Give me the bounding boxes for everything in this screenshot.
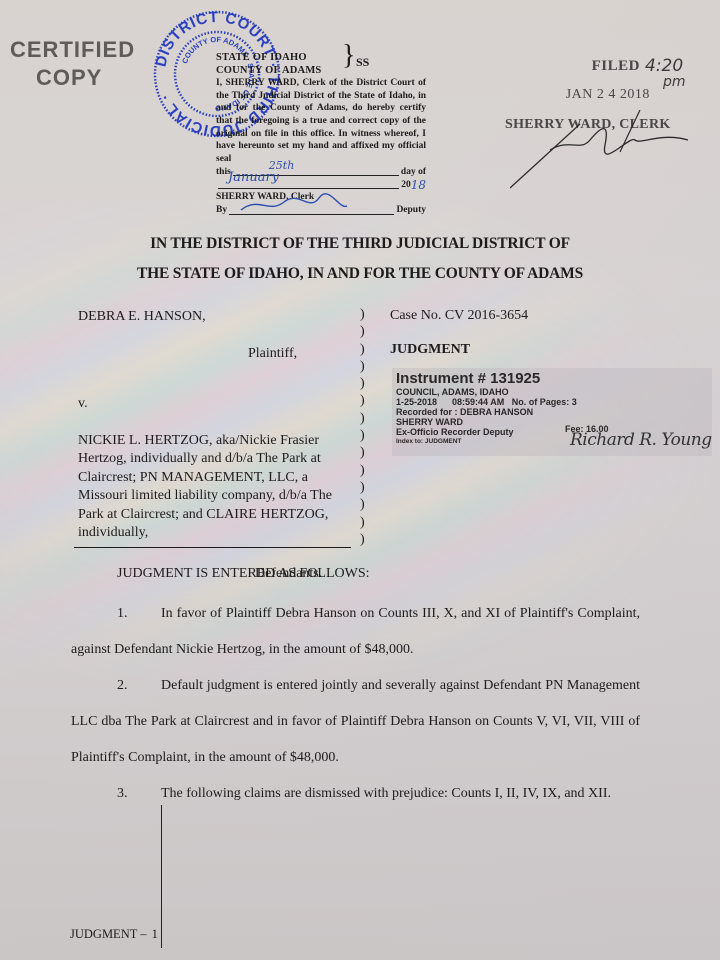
- paragraph-text: The following claims are dismissed with …: [161, 786, 611, 801]
- filed-time-ampm: pm: [663, 74, 686, 90]
- caption-paren: ): [360, 358, 365, 375]
- caption-paren: ): [360, 479, 365, 496]
- case-number: Case No. CV 2016-3654: [390, 308, 528, 324]
- case-info: Case No. CV 2016-3654 JUDGMENT: [390, 308, 528, 358]
- copy-label: COPY: [36, 64, 135, 92]
- caption-paren: ): [360, 444, 365, 461]
- caption-paren: ): [360, 531, 365, 548]
- caption-paren: ): [360, 323, 365, 340]
- recorded-for: Recorded for : DEBRA HANSON: [396, 407, 708, 417]
- day-of-label: day of: [401, 166, 426, 179]
- caption-paren: ): [360, 392, 365, 409]
- judgment-paragraph: 2.Default judgment is entered jointly an…: [71, 668, 640, 776]
- paragraph-number: 1.: [117, 596, 161, 632]
- deputy-signature-icon: [239, 192, 349, 216]
- caption-parentheses: )))))))))))))): [360, 306, 365, 548]
- certified-label: CERTIFIED: [10, 36, 135, 64]
- document-title: JUDGMENT: [390, 342, 528, 358]
- deputy-label: Deputy: [396, 204, 426, 217]
- recorder-location: COUNCIL, ADAMS, IDAHO: [396, 387, 708, 397]
- clerk-certificate: STATE OF IDAHO COUNTY OF ADAMS } SS I, S…: [216, 52, 426, 217]
- caption-paren: ): [360, 462, 365, 479]
- month-handwritten: January: [228, 172, 279, 185]
- recorder-stamp: Instrument # 131925 COUNCIL, ADAMS, IDAH…: [392, 368, 712, 456]
- year-prefix: 20: [401, 179, 411, 192]
- judgment-paragraph: 1.In favor of Plaintiff Debra Hanson on …: [71, 596, 640, 668]
- court-title-line2: THE STATE OF IDAHO, IN AND FOR THE COUNT…: [60, 265, 660, 283]
- judgment-intro: JUDGMENT IS ENTERED AS FOLLOWS:: [117, 566, 640, 582]
- court-title-line1: IN THE DISTRICT OF THE THIRD JUDICIAL DI…: [60, 235, 660, 253]
- certificate-by-row: By Deputy: [216, 204, 426, 217]
- recorder-deputy-signature: Richard R. Young: [570, 430, 712, 450]
- by-label: By: [216, 204, 227, 217]
- year-handwritten: 18: [411, 179, 426, 192]
- plaintiff-name: DEBRA E. HANSON,: [78, 308, 358, 327]
- clerk-signature-icon: [510, 110, 690, 190]
- caption-paren: ): [360, 496, 365, 513]
- certificate-month-row: January 2018: [216, 178, 426, 191]
- margin-line: [161, 805, 162, 948]
- paragraph-number: 2.: [117, 668, 161, 704]
- filed-time-value: 4:20: [645, 58, 686, 74]
- certificate-body: I, SHERRY WARD, Clerk of the District Co…: [216, 77, 426, 165]
- recorder-datetime: 1-25-2018 08:59:44 AM No. of Pages: 3: [396, 397, 708, 407]
- page-number: 1: [152, 927, 158, 941]
- judgment-paragraph: 3.The following claims are dismissed wit…: [71, 776, 640, 812]
- versus: v.: [78, 395, 358, 414]
- certificate-county: COUNTY OF ADAMS: [216, 65, 426, 78]
- page-footer: JUDGMENT – 1: [70, 927, 158, 942]
- footer-label: JUDGMENT –: [70, 927, 147, 941]
- caption-paren: ): [360, 427, 365, 444]
- caption-paren: ): [360, 410, 365, 427]
- caption-paren: ): [360, 375, 365, 392]
- certified-copy-stamp: CERTIFIED COPY: [10, 36, 135, 92]
- caption-paren: ): [360, 306, 365, 323]
- plaintiff-label: Plaintiff,: [248, 345, 358, 364]
- instrument-number: Instrument # 131925: [396, 370, 708, 387]
- certificate-state: STATE OF IDAHO: [216, 52, 426, 65]
- brace: }: [342, 50, 355, 63]
- certificate-ss: SS: [356, 56, 369, 69]
- judgment-body: JUDGMENT IS ENTERED AS FOLLOWS: 1.In fav…: [117, 566, 640, 812]
- caption-paren: ): [360, 514, 365, 531]
- filed-time: 4:20 pm: [645, 58, 686, 90]
- defendants-names: NICKIE L. HERTZOG, aka/Nickie Frasier He…: [78, 432, 358, 543]
- recorder-name: SHERRY WARD: [396, 417, 708, 427]
- caption-rule: [74, 547, 351, 548]
- paragraph-number: 3.: [117, 776, 161, 812]
- case-caption: DEBRA E. HANSON, Plaintiff, v. NICKIE L.…: [78, 308, 358, 583]
- caption-paren: ): [360, 341, 365, 358]
